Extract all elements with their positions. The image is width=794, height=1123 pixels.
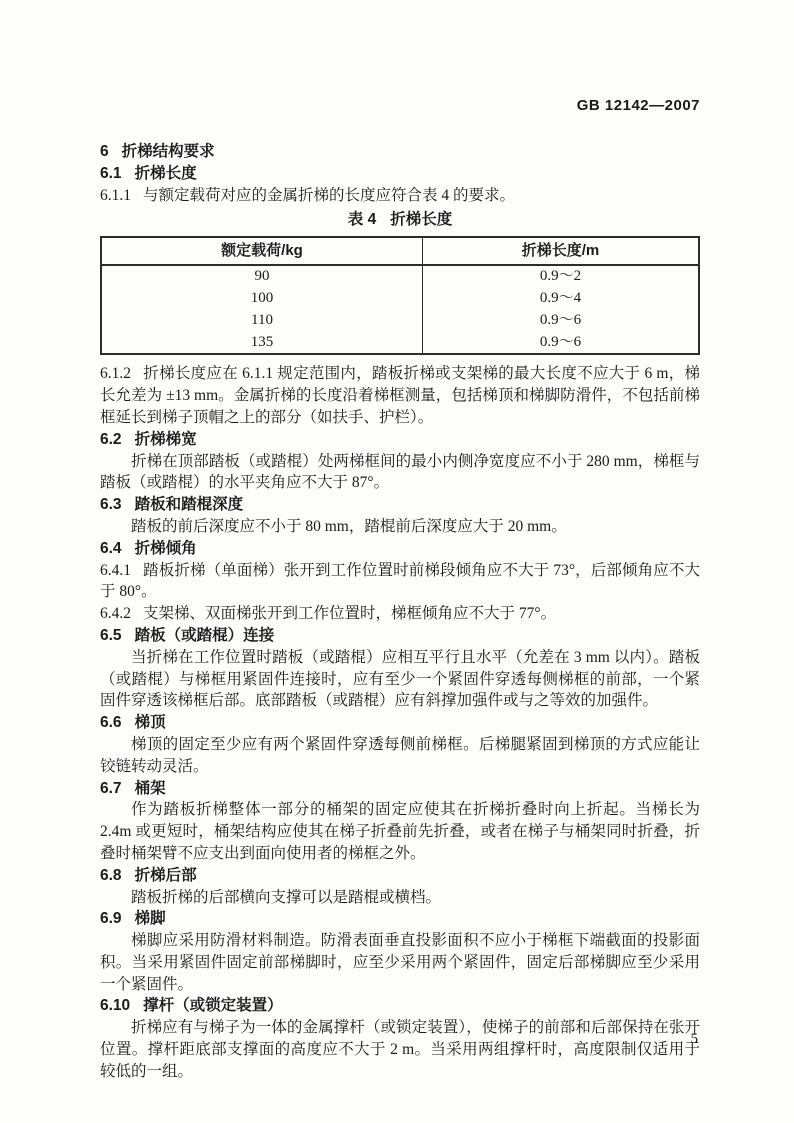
table-cell-length: 0.9～2	[423, 265, 700, 288]
paragraph-6-2: 折梯在顶部踏板（或踏棍）处两梯框间的最小内侧净宽度应不小于 280 mm，梯框与…	[100, 451, 700, 495]
section-title: 桶架	[135, 780, 166, 797]
section-number: 6.7	[100, 780, 122, 797]
section-number: 6.9	[100, 910, 122, 927]
table-cell-load: 100	[101, 288, 423, 310]
clause-number: 6.4.2	[100, 605, 131, 622]
table-cell-load: 135	[101, 332, 423, 355]
standard-number: GB 12142—2007	[577, 97, 700, 114]
section-title: 折梯长度	[135, 165, 197, 182]
table-4: 额定载荷/kg 折梯长度/m 90 0.9～2 100 0.9～4 110 0.…	[100, 236, 700, 355]
section-heading-6-10: 6.10撑杆（或锁定装置）	[100, 995, 700, 1017]
col-header-ladder-length: 折梯长度/m	[423, 237, 700, 265]
table-row: 135 0.9～6	[101, 332, 699, 355]
table-row: 90 0.9～2	[101, 265, 699, 288]
clause-number: 6.1.1	[100, 187, 131, 204]
section-heading-6-3: 6.3踏板和踏棍深度	[100, 494, 700, 516]
section-number: 6.8	[100, 867, 122, 884]
section-title: 折梯后部	[135, 867, 197, 884]
paragraph-6-5: 当折梯在工作位置时踏板（或踏棍）应相互平行且水平（允差在 3 mm 以内）。踏板…	[100, 647, 700, 712]
section-title: 踏板（或踏棍）连接	[135, 627, 275, 644]
clause-number: 6.4.1	[100, 562, 131, 579]
table-cell-length: 0.9～6	[423, 332, 700, 355]
section-heading-6-2: 6.2折梯梯宽	[100, 429, 700, 451]
section-heading-6-6: 6.6梯顶	[100, 712, 700, 734]
table-cell-length: 0.9～6	[423, 310, 700, 332]
clause-6-1-1: 6.1.1与额定载荷对应的金属折梯的长度应符合表 4 的要求。	[100, 185, 700, 207]
section-number: 6.2	[100, 431, 122, 448]
paragraph-6-3: 踏板的前后深度应不小于 80 mm，踏棍前后深度应大于 20 mm。	[100, 516, 700, 538]
table-header: 额定载荷/kg 折梯长度/m	[101, 237, 699, 265]
section-title: 撑杆（或锁定装置）	[143, 997, 283, 1014]
section-title: 梯顶	[135, 714, 166, 731]
col-header-rated-load: 额定载荷/kg	[101, 237, 423, 265]
clause-number: 6.1.2	[100, 365, 131, 382]
clause-text: 支架梯、双面梯张开到工作位置时，梯框倾角应不大于 77°。	[143, 605, 556, 622]
section-heading-6-1: 6.1折梯长度	[100, 163, 700, 185]
clause-6-4-1: 6.4.1踏板折梯（单面梯）张开到工作位置时前梯段倾角应不大于 73°，后部倾角…	[100, 560, 700, 604]
section-number: 6	[100, 143, 109, 160]
section-heading-6: 6折梯结构要求	[100, 141, 700, 163]
clause-text: 踏板折梯（单面梯）张开到工作位置时前梯段倾角应不大于 73°，后部倾角应不大于 …	[100, 562, 700, 601]
page-content: 6折梯结构要求 6.1折梯长度 6.1.1与额定载荷对应的金属折梯的长度应符合表…	[100, 141, 700, 1083]
section-number: 6.4	[100, 540, 122, 557]
table-row: 100 0.9～4	[101, 288, 699, 310]
table-row: 110 0.9～6	[101, 310, 699, 332]
section-heading-6-9: 6.9梯脚	[100, 908, 700, 930]
section-title: 折梯倾角	[135, 540, 197, 557]
table-label: 表 4	[348, 211, 376, 228]
clause-6-4-2: 6.4.2支架梯、双面梯张开到工作位置时，梯框倾角应不大于 77°。	[100, 603, 700, 625]
section-number: 6.3	[100, 496, 122, 513]
table-cell-length: 0.9～4	[423, 288, 700, 310]
page-number: 5	[691, 1031, 699, 1048]
table-title: 折梯长度	[390, 211, 452, 228]
table-4-caption: 表 4折梯长度	[100, 209, 700, 231]
section-title: 折梯结构要求	[122, 143, 215, 160]
section-title: 折梯梯宽	[135, 431, 197, 448]
section-number: 6.10	[100, 997, 130, 1014]
table-cell-load: 90	[101, 265, 423, 288]
table-body: 90 0.9～2 100 0.9～4 110 0.9～6 135 0.9～6	[101, 265, 699, 354]
section-title: 梯脚	[135, 910, 166, 927]
section-number: 6.5	[100, 627, 122, 644]
document-page: GB 12142—2007 6折梯结构要求 6.1折梯长度 6.1.1与额定载荷…	[0, 0, 794, 1123]
section-heading-6-8: 6.8折梯后部	[100, 865, 700, 887]
paragraph-6-10: 折梯应有与梯子为一体的金属撑杆（或锁定装置），使梯子的前部和后部保持在张开位置。…	[100, 1017, 700, 1082]
section-number: 6.6	[100, 714, 122, 731]
paragraph-6-7: 作为踏板折梯整体一部分的桶架的固定应使其在折梯折叠时向上折起。当梯长为 2.4m…	[100, 799, 700, 864]
clause-6-1-2: 6.1.2折梯长度应在 6.1.1 规定范围内，踏板折梯或支架梯的最大长度不应大…	[100, 363, 700, 428]
section-heading-6-7: 6.7桶架	[100, 778, 700, 800]
clause-text: 折梯长度应在 6.1.1 规定范围内，踏板折梯或支架梯的最大长度不应大于 6 m…	[100, 365, 700, 426]
section-title: 踏板和踏棍深度	[135, 496, 244, 513]
paragraph-6-9: 梯脚应采用防滑材料制造。防滑表面垂直投影面积不应小于梯框下端截面的投影面积。当采…	[100, 930, 700, 995]
paragraph-6-8: 踏板折梯的后部横向支撑可以是踏棍或横档。	[100, 887, 700, 909]
table-header-row: 额定载荷/kg 折梯长度/m	[101, 237, 699, 265]
section-number: 6.1	[100, 165, 122, 182]
table-cell-load: 110	[101, 310, 423, 332]
paragraph-6-6: 梯顶的固定至少应有两个紧固件穿透每侧前梯框。后梯腿紧固到梯顶的方式应能让铰链转动…	[100, 734, 700, 778]
section-heading-6-5: 6.5踏板（或踏棍）连接	[100, 625, 700, 647]
section-heading-6-4: 6.4折梯倾角	[100, 538, 700, 560]
clause-text: 与额定载荷对应的金属折梯的长度应符合表 4 的要求。	[143, 187, 515, 204]
